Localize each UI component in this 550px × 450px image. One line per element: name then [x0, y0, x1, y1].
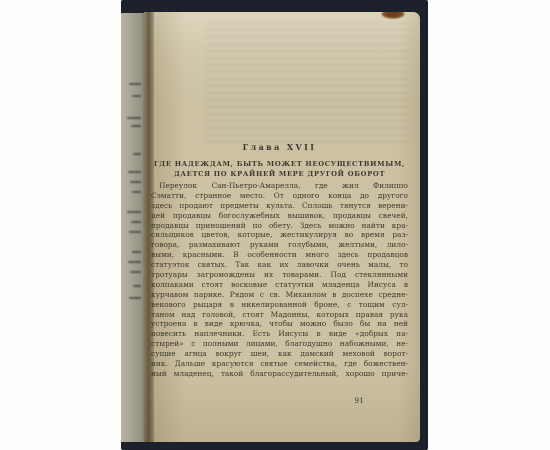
blurred-text-line	[131, 125, 141, 127]
blurred-text-line	[128, 261, 141, 263]
body-text: Переулок Сан-Пьетро-Амарелла, где жил Фи…	[151, 181, 408, 379]
chapter-title-line-1: ГДЕ НАДЕЖДАМ, БЫТЬ МОЖЕТ НЕОСУЩЕСТВИМЫМ,	[151, 159, 408, 169]
body-text-line: статуэток святых. Так как их лавочки оче…	[151, 260, 408, 270]
blurred-text-line	[132, 95, 141, 97]
chapter-heading: Глава XVII	[151, 142, 408, 152]
show-through-texture	[206, 22, 410, 147]
torn-corner	[381, 12, 405, 19]
left-page-edge	[121, 13, 144, 442]
blurred-text-line	[127, 211, 141, 213]
body-text-line: выми, красными. В особенности много здес…	[151, 250, 408, 260]
blurred-text-line	[131, 221, 141, 223]
body-text-line: устроена в виде крючка, чтобы можно было…	[151, 319, 408, 329]
chapter-title: ГДЕ НАДЕЖДАМ, БЫТЬ МОЖЕТ НЕОСУЩЕСТВИМЫМ,…	[151, 159, 408, 179]
blurred-text-line	[128, 171, 141, 173]
book: Глава XVII ГДЕ НАДЕЖДАМ, БЫТЬ МОЖЕТ НЕОС…	[121, 0, 428, 450]
blurred-text-line	[129, 83, 141, 85]
body-text-line: продавцы приношений по обету. Здесь можн…	[151, 221, 408, 231]
body-text-line: колпаками стоят восковые статуэтки младе…	[151, 280, 408, 290]
blurred-text-line	[127, 117, 141, 119]
blurred-text-line	[130, 181, 141, 183]
blurred-text-line	[129, 231, 141, 233]
book-photo: Глава XVII ГДЕ НАДЕЖДАМ, БЫТЬ МОЖЕТ НЕОС…	[0, 0, 550, 450]
body-text-line: Переулок Сан-Пьетро-Амарелла, где жил Фи…	[151, 181, 408, 191]
body-text-line: таном над головой, стоят Мадонны, которы…	[151, 310, 408, 320]
blurred-text-line	[132, 191, 141, 193]
page-number: 91	[339, 396, 379, 405]
blurred-text-line	[130, 271, 141, 273]
body-text-line: стырей» с полными лицами, благодушно наб…	[151, 339, 408, 349]
body-text-line: ник. Дальше красуются святые семейства, …	[151, 359, 408, 369]
body-text-line: тротуары загромождены их товарами. Под с…	[151, 270, 408, 280]
blurred-text-line	[133, 285, 141, 287]
chapter-title-line-2: ДАЕТСЯ ПО КРАЙНЕЙ МЕРЕ ДРУГОЙ ОБОРОТ	[151, 169, 408, 179]
blurred-text-line	[133, 153, 141, 155]
body-text-line: здесь продают предметы культа. Сплошь тя…	[151, 201, 408, 211]
body-text-line: повесить наплечники. Есть Иисусы в виде …	[151, 329, 408, 339]
body-text-line: курчавом парике. Рядом с св. Михаилом в …	[151, 290, 408, 300]
body-text-line: сильщиков цветов, которые, жестикулируя …	[151, 230, 408, 240]
body-text-line: цей продавцы богослужебных вышивок, прод…	[151, 211, 408, 221]
gutter-shadow	[142, 12, 154, 442]
body-text-line: Сэматти, странное место. От одного конца…	[151, 191, 408, 201]
book-page: Глава XVII ГДЕ НАДЕЖДАМ, БЫТЬ МОЖЕТ НЕОС…	[144, 12, 420, 442]
body-text-line: ный младенец, такой благорассудительный,…	[151, 369, 408, 379]
body-text-line: сущие агнца вокруг шеи, как дамский мехо…	[151, 349, 408, 359]
body-text-line: говора, размахивают руками голубыми, жел…	[151, 240, 408, 250]
blurred-text-line	[129, 297, 141, 299]
body-text-line: векового рыцаря в никелированной броне, …	[151, 300, 408, 310]
blurred-text-line	[132, 251, 141, 253]
